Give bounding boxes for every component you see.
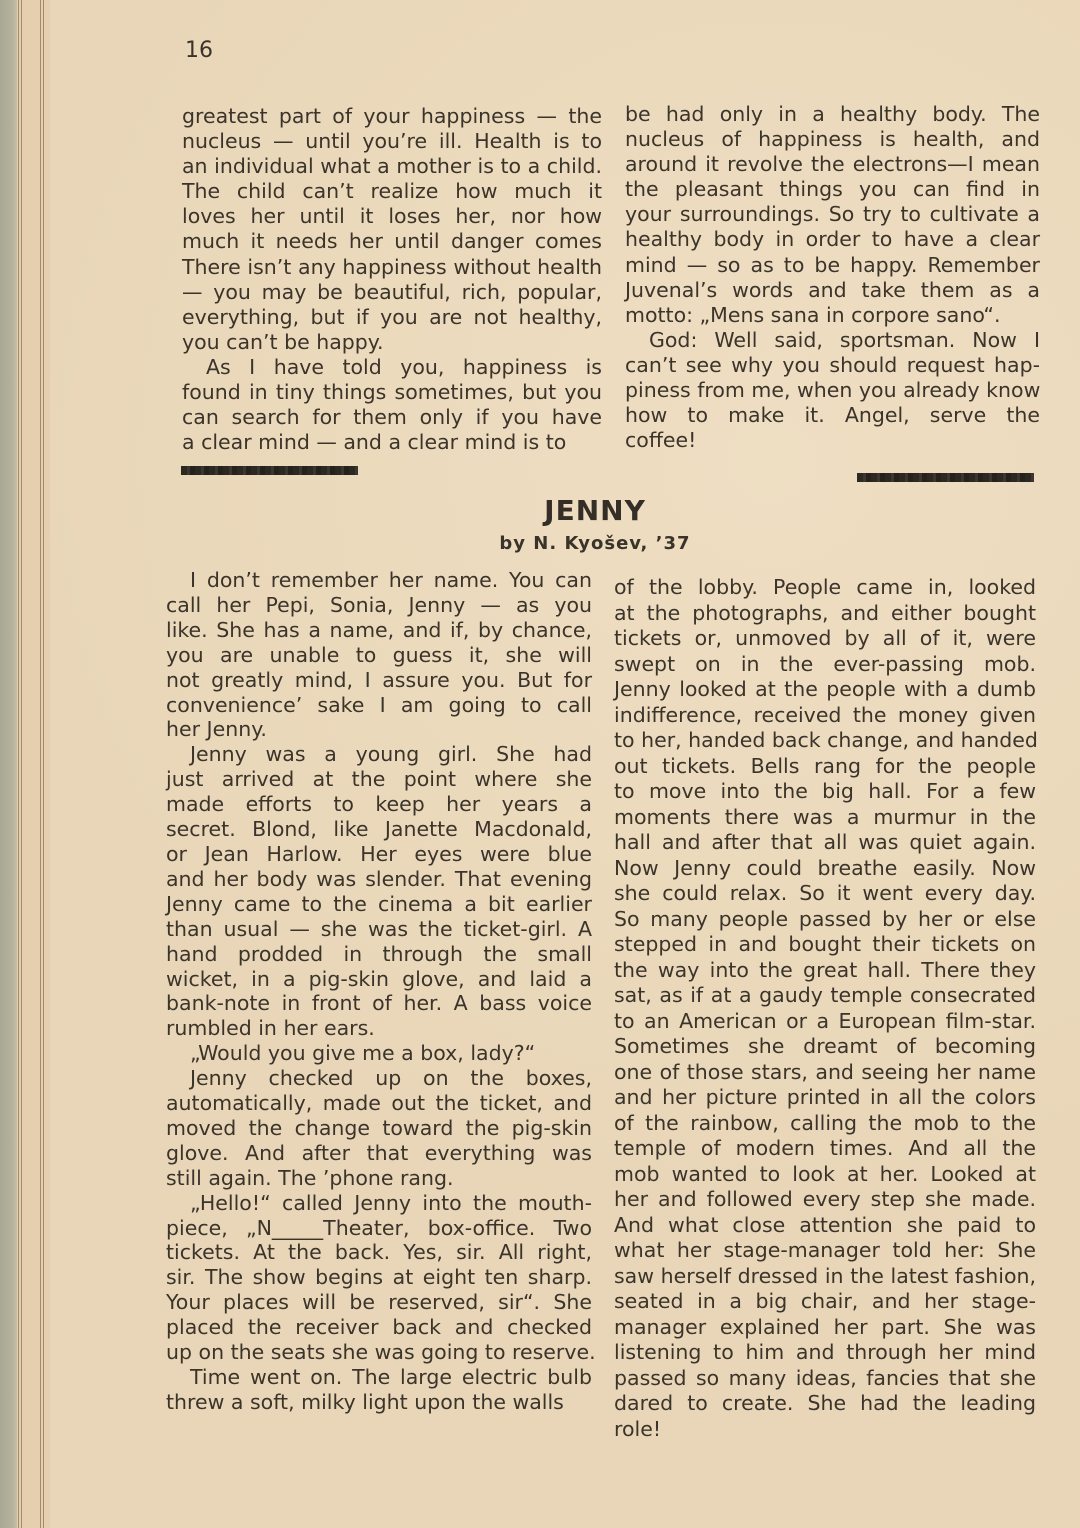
book-spine [0,0,17,1528]
text-line: how to make it. Angel, serve the [625,403,1040,428]
text-line: listening to him and through her mind [614,1340,1036,1366]
text-line: piness from me, when you already know [625,378,1040,403]
text-line: out tickets. Bells rang for the people [614,754,1036,780]
text-line: found in tiny things sometimes, but you [182,380,602,405]
text-line: coffee! [625,428,1040,453]
text-line: much it needs her until danger comes [182,229,602,254]
text-line: the pleasant things you can find in [625,177,1040,202]
end-rule-right [857,473,1034,482]
text-line: you are unable to guess it, she will [166,643,592,668]
text-line: wicket, in a pig-skin glove, and laid a [166,967,592,992]
text-line: one of those stars, and seeing her name [614,1060,1036,1086]
text-line: can search for them only if you have [182,405,602,430]
text-line: I don’t remember her name. You can [166,568,592,593]
text-line: „Would you give me a box, lady?“ [166,1041,592,1066]
text-line: of the lobby. People came in, looked [614,575,1036,601]
page-number: 16 [185,38,213,63]
text-line: hand prodded in through the small [166,942,592,967]
text-line: and her picture printed in all the color… [614,1085,1036,1111]
text-line: Time went on. The large electric bulb [166,1365,592,1390]
text-line: can’t see why you should request hap- [625,353,1040,378]
text-line: greatest part of your happiness — the [182,104,602,129]
text-line: motto: „Mens sana in corpore sano“. [625,303,1040,328]
text-line: up on the seats she was going to reserve… [166,1340,592,1365]
text-line: the way into the great hall. There they [614,958,1036,984]
text-line: So many people passed by her or else [614,907,1036,933]
text-line: hall and after that all was quiet again. [614,830,1036,856]
text-line: not greatly mind, I assure you. But for [166,668,592,693]
previous-article-right-column: be had only in a healthy body. Thenucleu… [625,102,1040,453]
text-line: Jenny checked up on the boxes, [166,1066,592,1091]
text-line: piece, „N_____Theater, box-office. Two [166,1216,592,1241]
text-line: her Jenny. [166,717,592,742]
article-title: JENNY [0,494,1080,527]
text-line: Jenny came to the cinema a bit earlier [166,892,592,917]
text-line: swept on in the ever-passing mob. [614,652,1036,678]
text-line: bank-note in front of her. A bass voice [166,991,592,1016]
text-line: Jenny was a young girl. She had [166,742,592,767]
text-line: a clear mind — and a clear mind is to [182,430,602,455]
text-line: mind — so as to be happy. Remember [625,253,1040,278]
text-line: of the rainbow, calling the mob to the [614,1111,1036,1137]
text-line: she could relax. So it went every day. [614,881,1036,907]
text-line: just arrived at the point where she [166,767,592,792]
text-line: temple of modern times. And all the [614,1136,1036,1162]
text-line: — you may be beautiful, rich, popular, [182,280,602,305]
text-line: indifference, received the money given [614,703,1036,729]
text-line: „Hello!“ called Jenny into the mouth- [166,1191,592,1216]
text-line: and her body was slender. That evening [166,867,592,892]
text-line: automatically, made out the ticket, and [166,1091,592,1116]
text-line: glove. And after that everything was [166,1141,592,1166]
text-line: sat, as if at a gaudy temple consecrated [614,983,1036,1009]
page-edge-strip [17,0,50,1528]
text-line: to an American or a European film-star. [614,1009,1036,1035]
text-line: nucleus — until you’re ill. Health is to [182,129,602,154]
text-line: stepped in and bought their tickets on [614,932,1036,958]
text-line: what her stage-manager told her: She [614,1238,1036,1264]
text-line: made efforts to keep her years a [166,792,592,817]
text-line: passed so many ideas, fancies that she [614,1366,1036,1392]
text-line: healthy body in order to have a clear [625,227,1040,252]
article-left-column: I don’t remember her name. You cancall h… [166,568,592,1415]
text-line: an individual what a mother is to a chil… [182,154,602,179]
text-line: loves her until it loses her, nor how [182,204,602,229]
text-line: moments there was a murmur in the [614,805,1036,831]
text-line: rumbled in her ears. [166,1016,592,1041]
text-line: secret. Blond, like Janette Macdonald, [166,817,592,842]
text-line: to move into the big hall. For a few [614,779,1036,805]
text-line: Now Jenny could breathe easily. Now [614,856,1036,882]
text-line: than usual — she was the ticket-girl. A [166,917,592,942]
end-rule-left [181,466,358,475]
text-line: seated in a big chair, and her stage- [614,1289,1036,1315]
text-line: placed the receiver back and checked [166,1315,592,1340]
text-line: convenience’ sake I am going to call [166,693,592,718]
text-line: As I have told you, happiness is [182,355,602,380]
text-line: role! [614,1417,1036,1443]
text-line: tickets. At the back. Yes, sir. All righ… [166,1240,592,1265]
text-line: her and followed every step she made. [614,1187,1036,1213]
text-line: There isn’t any happiness without health [182,255,602,280]
text-line: And what close attention she paid to [614,1213,1036,1239]
text-line: saw herself dressed in the latest fashio… [614,1264,1036,1290]
text-line: threw a soft, milky light upon the walls [166,1390,592,1415]
text-line: moved the change toward the pig-skin [166,1116,592,1141]
text-line: tickets or, unmoved by all of it, were [614,626,1036,652]
text-line: mob wanted to look at her. Looked at [614,1162,1036,1188]
text-line: at the photographs, and either bought [614,601,1036,627]
text-line: sir. The show begins at eight ten sharp. [166,1265,592,1290]
article-byline: by N. Kyošev, ’37 [0,533,1080,554]
text-line: like. She has a name, and if, by chance, [166,618,592,643]
previous-article-left-column: greatest part of your happiness — thenuc… [182,104,602,455]
text-line: call her Pepi, Sonia, Jenny — as you [166,593,592,618]
text-line: still again. The ’phone rang. [166,1166,592,1191]
text-line: God: Well said, sportsman. Now I [625,328,1040,353]
text-line: manager explained her part. She was [614,1315,1036,1341]
text-line: Juvenal’s words and take them as a [625,278,1040,303]
text-line: your surroundings. So try to cultivate a [625,202,1040,227]
article-right-column: of the lobby. People came in, lookedat t… [614,575,1036,1442]
text-line: Jenny looked at the people with a dumb [614,677,1036,703]
text-line: Sometimes she dreamt of becoming [614,1034,1036,1060]
text-line: you can’t be happy. [182,330,602,355]
text-line: to her, handed back change, and handed [614,728,1036,754]
text-line: or Jean Harlow. Her eyes were blue [166,842,592,867]
text-line: everything, but if you are not healthy, [182,305,602,330]
text-line: The child can’t realize how much it [182,179,602,204]
text-line: nucleus of happiness is health, and [625,127,1040,152]
text-line: around it revolve the electrons—I mean [625,152,1040,177]
text-line: be had only in a healthy body. The [625,102,1040,127]
text-line: Your places will be reserved, sir“. She [166,1290,592,1315]
text-line: dared to create. She had the leading [614,1391,1036,1417]
